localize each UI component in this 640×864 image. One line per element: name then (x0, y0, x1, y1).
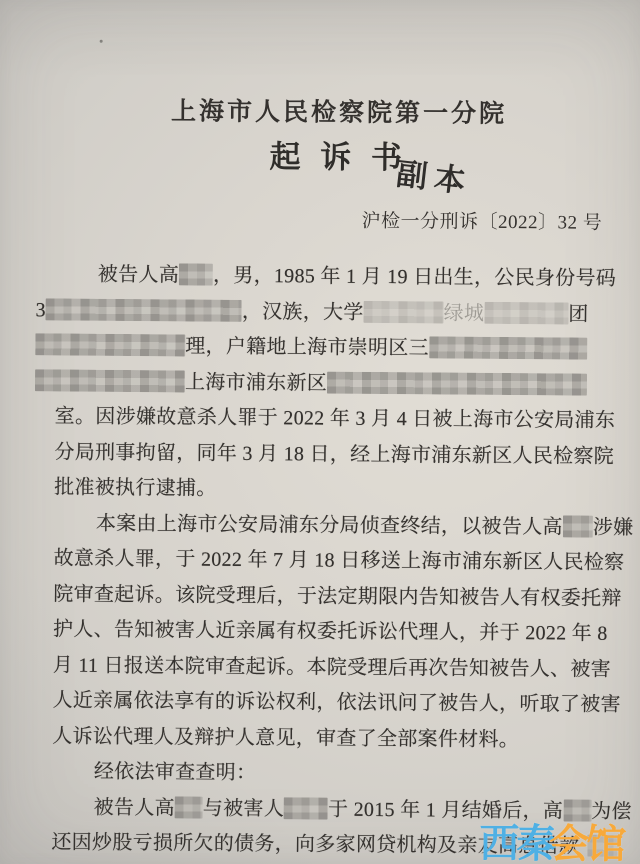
issuer-title: 上海市人民检察院第一分院 (34, 90, 640, 131)
photo-frame: 上海市人民检察院第一分院 起 诉 书 副本 沪检一分刑诉〔2022〕32 号 被… (0, 0, 640, 864)
body-text: ，男，1985 年 1 月 19 日出生，公民身份号码 (213, 265, 616, 290)
body-line-7: 批准被执行逮捕。 (54, 470, 610, 510)
body-text: 涉嫌 (593, 516, 634, 538)
body-line-6: 分局刑事拘留，同年 3 月 18 日，经上海市浦东新区人民检察院 (54, 435, 610, 475)
body-text: 人诉讼代理人及辩护人意见，审查了全部案件材料。 (52, 725, 519, 751)
body-line-13: 人近亲属依法享有的诉讼权利，依法讯问了被告人，听取了被害 (52, 683, 608, 723)
body-text: 故意杀人罪，于 2022 年 7 月 18 日移送上海市浦东新区人民检察 (54, 547, 625, 573)
body-line-14: 人诉讼代理人及辩护人意见，审查了全部案件材料。 (52, 719, 608, 759)
document-sheet: 上海市人民检察院第一分院 起 诉 书 副本 沪检一分刑诉〔2022〕32 号 被… (0, 0, 640, 864)
document-body: 被告人高，男，1985 年 1 月 19 日出生，公民身份号码 3，汉族，大学绿… (51, 257, 612, 864)
redaction (364, 300, 444, 323)
body-line-15: 经依法审查查明： (52, 754, 608, 794)
redaction (46, 298, 242, 322)
document-title: 起 诉 书 (34, 129, 640, 179)
redaction (35, 369, 185, 392)
body-text: 月 11 日报送本院审查起诉。本院受理后再次告知被告人、被害 (53, 654, 611, 680)
body-line-3: 理，户籍地上海市崇明区三 (35, 328, 611, 368)
body-text: 经依法审查查明： (94, 761, 257, 784)
redaction (563, 515, 593, 537)
body-text: 本案由上海市公安局浦东分局侦查终结，以被告人高 (96, 512, 563, 538)
case-number: 沪检一分刑诉〔2022〕32 号 (361, 206, 602, 235)
body-text: 上海市浦东新区 (185, 371, 327, 394)
redaction (179, 263, 213, 285)
body-line-4: 上海市浦东新区 (35, 364, 611, 404)
body-text: 团 (568, 303, 588, 325)
site-watermark: 西秦会馆 (479, 812, 623, 864)
body-line-1: 被告人高，男，1985 年 1 月 19 日出生，公民身份号码 (56, 257, 612, 297)
paper-speck (100, 40, 103, 43)
body-text: 院审查起诉。该院受理后，于法定期限内告知被告人有权委托辩 (53, 583, 622, 609)
body-text: 护人、告知被害人近亲属有权委托诉讼代理人，并于 2022 年 8 (53, 618, 608, 644)
body-text: 理，户籍地上海市崇明区三 (185, 335, 429, 359)
body-line-9: 故意杀人罪，于 2022 年 7 月 18 日移送上海市浦东新区人民检察 (53, 541, 609, 581)
redaction (175, 796, 203, 818)
body-text: 3 (35, 299, 45, 321)
watermark-left: 西秦 (479, 821, 553, 864)
body-text: 人近亲属依法享有的诉讼权利，依法讯问了被告人，听取了被害 (52, 689, 621, 715)
redaction (284, 797, 328, 819)
redaction (35, 333, 185, 356)
body-line-11: 护人、告知被害人近亲属有权委托诉讼代理人，并于 2022 年 8 (53, 612, 609, 652)
copy-stamp: 副本 (394, 148, 475, 201)
body-text: 与被害人 (203, 797, 284, 820)
body-text: 被告人高 (98, 264, 179, 287)
redaction (327, 371, 587, 395)
body-text: 批准被执行逮捕。 (54, 476, 217, 499)
redaction (484, 301, 568, 324)
body-line-10: 院审查起诉。该院受理后，于法定期限内告知被告人有权委托辩 (53, 577, 609, 617)
body-line-2: 3，汉族，大学绿城团 (35, 293, 611, 333)
body-line-12: 月 11 日报送本院审查起诉。本院受理后再次告知被告人、被害 (53, 648, 609, 688)
redaction (429, 336, 587, 359)
body-text: 分局刑事拘留，同年 3 月 18 日，经上海市浦东新区人民检察院 (54, 441, 614, 467)
body-text: 被告人高 (94, 796, 175, 819)
body-text: 室。因涉嫌故意杀人罪于 2022 年 3 月 4 日被上海市公安局浦东 (55, 405, 616, 431)
body-text-faint: 绿城 (444, 302, 485, 324)
body-text: ，汉族，大学 (242, 300, 364, 323)
document-content: 上海市人民检察院第一分院 起 诉 书 副本 沪检一分刑诉〔2022〕32 号 被… (0, 0, 640, 864)
watermark-right: 会馆 (549, 821, 623, 864)
body-line-8: 本案由上海市公安局浦东分局侦查终结，以被告人高涉嫌 (54, 506, 610, 546)
body-line-5: 室。因涉嫌故意杀人罪于 2022 年 3 月 4 日被上海市公安局浦东 (55, 399, 611, 439)
